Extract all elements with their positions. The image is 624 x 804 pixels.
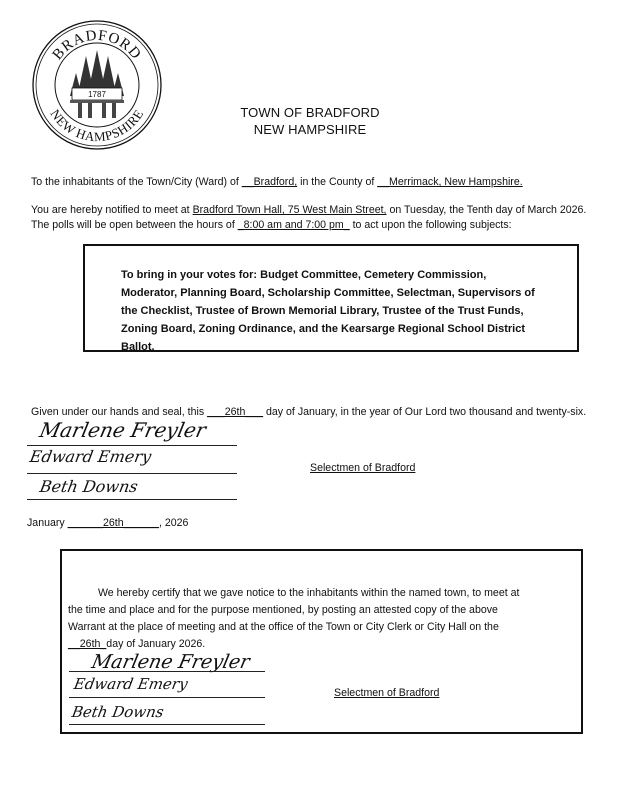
- signature-line: [27, 473, 237, 474]
- given-day: ___26th___: [207, 406, 263, 418]
- intro-line: To the inhabitants of the Town/City (War…: [31, 175, 523, 189]
- date-line: January ______26th______, 2026: [27, 516, 188, 530]
- given-line: Given under our hands and seal, this ___…: [31, 405, 586, 419]
- date-day: ______26th______: [68, 517, 159, 529]
- certification-text: We hereby certify that we gave notice to…: [68, 585, 530, 653]
- signature-2: Edward Emery: [72, 675, 189, 693]
- signature-2: Edward Emery: [28, 447, 152, 466]
- subjects-text: To bring in your votes for: Budget Commi…: [121, 266, 541, 356]
- signature-line: [27, 445, 237, 446]
- certification-box: We hereby certify that we gave notice to…: [60, 549, 583, 734]
- signature-line: [27, 499, 237, 500]
- signature-3: Beth Downs: [38, 477, 139, 496]
- document-title: TOWN OF BRADFORD NEW HAMPSHIRE: [200, 104, 420, 138]
- subjects-box: To bring in your votes for: Budget Commi…: [83, 244, 579, 352]
- selectmen-label: Selectmen of Bradford: [310, 461, 415, 475]
- signature-line: [69, 697, 265, 698]
- polls-line: The polls will be open between the hours…: [31, 218, 512, 232]
- title-town: TOWN OF BRADFORD: [200, 104, 420, 121]
- signature-1: Marlene Freyler: [90, 651, 252, 673]
- signature-1: Marlene Freyler: [37, 418, 208, 442]
- county-name: __Merrimack, New Hampshire.: [377, 176, 522, 188]
- signature-3: Beth Downs: [70, 703, 165, 721]
- meeting-location: Bradford Town Hall, 75 West Main Street,: [193, 204, 387, 216]
- title-state: NEW HAMPSHIRE: [200, 121, 420, 138]
- poll-hours: _8:00 am and 7:00 pm_: [238, 219, 350, 231]
- certify-day: __26th_: [68, 638, 106, 650]
- town-seal-logo: BRADFORD NEW HAMPSHIRE 1787: [30, 18, 164, 152]
- town-name: __Bradford,: [242, 176, 297, 188]
- signature-line: [69, 671, 265, 672]
- notice-line: You are hereby notified to meet at Bradf…: [31, 203, 586, 217]
- signature-line: [69, 724, 265, 725]
- svg-text:1787: 1787: [88, 90, 106, 99]
- selectmen-label: Selectmen of Bradford: [334, 686, 439, 700]
